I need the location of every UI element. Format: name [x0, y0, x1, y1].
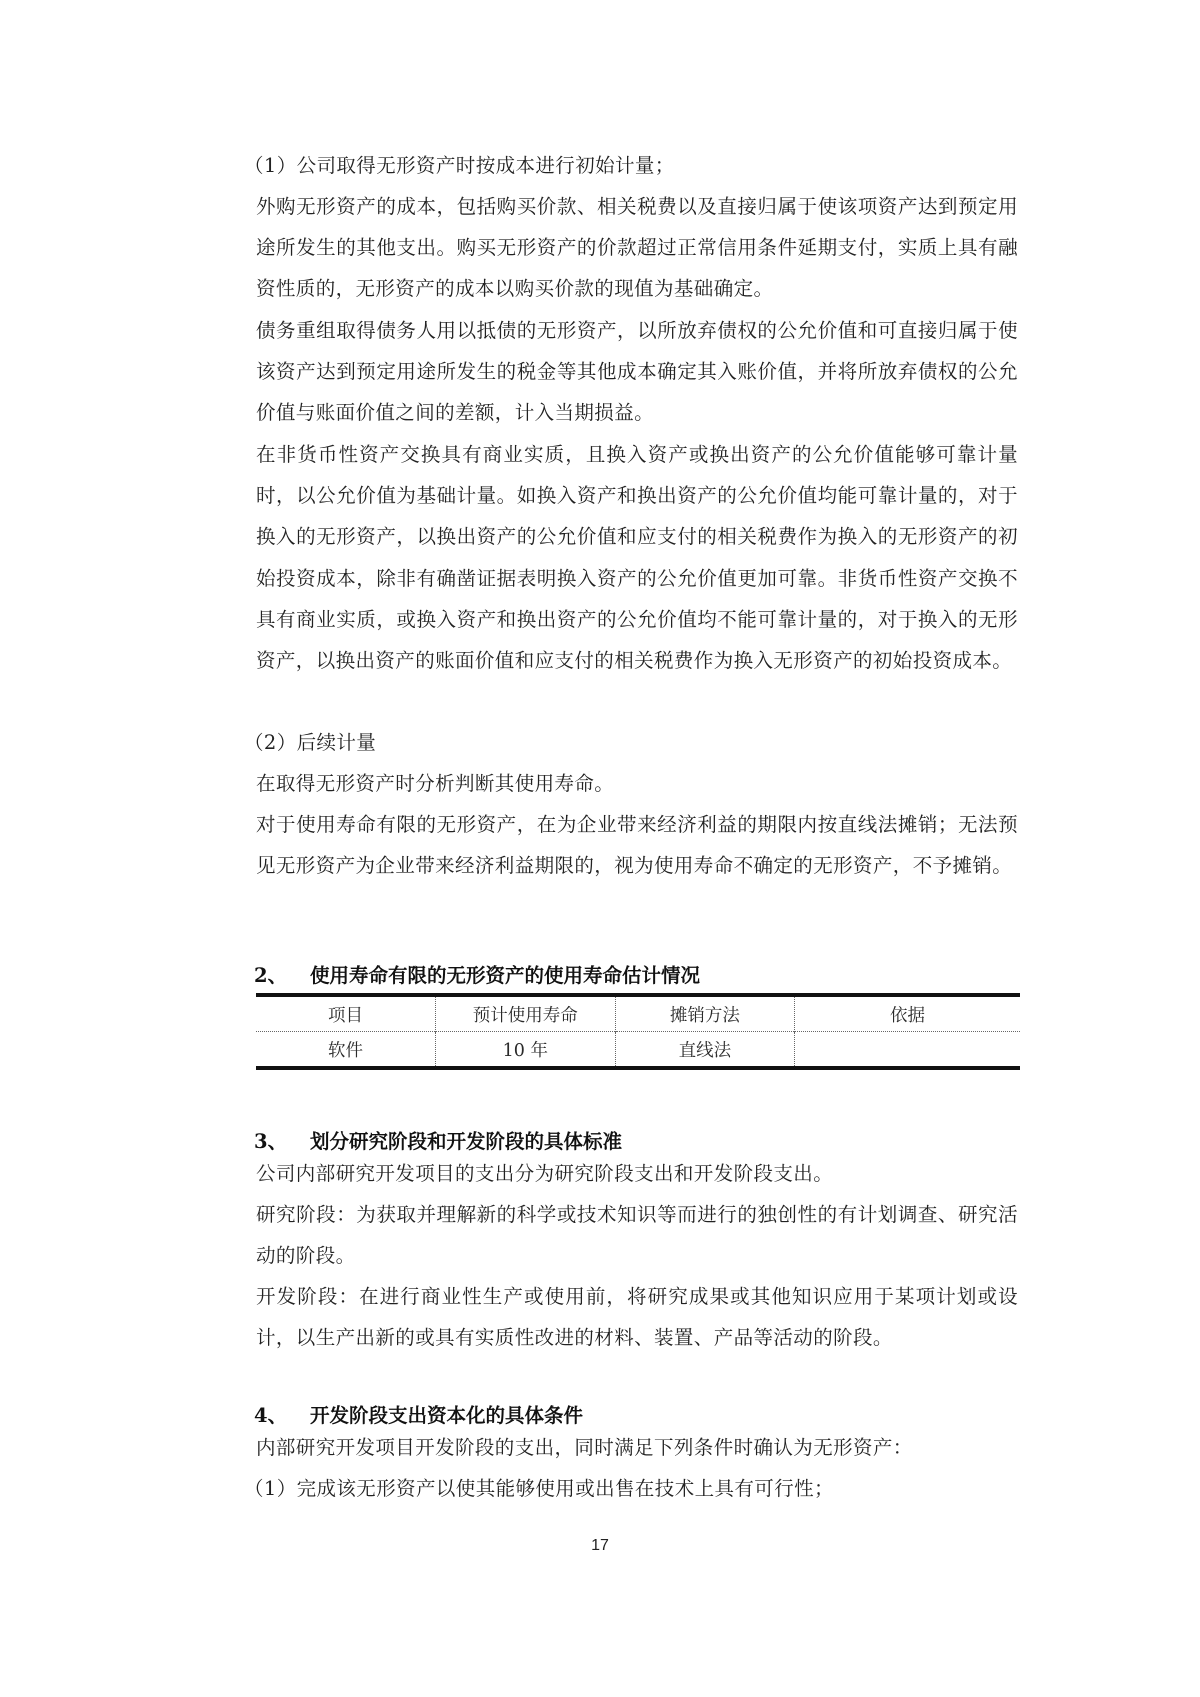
header-item: 项目 — [256, 995, 436, 1032]
subsequent-measurement-title: （2）后续计量 — [244, 722, 1006, 763]
header-estimated-life: 预计使用寿命 — [436, 995, 616, 1032]
document-page: （1）公司取得无形资产时按成本进行初始计量； 外购无形资产的成本，包括购买价款、… — [0, 0, 1200, 1697]
section-3-number: 3、 — [254, 1126, 310, 1154]
debt-restructuring-paragraph: 债务重组取得债务人用以抵债的无形资产，以所放弃债权的公允价值和可直接归属于使该资… — [256, 310, 1018, 434]
section-4-title: 开发阶段支出资本化的具体条件 — [310, 1404, 583, 1427]
section-4-number: 4、 — [254, 1400, 310, 1428]
initial-measurement-title: （1）公司取得无形资产时按成本进行初始计量； — [244, 145, 1006, 186]
section-2-heading: 2、使用寿命有限的无形资产的使用寿命估计情况 — [254, 960, 700, 988]
section-2-title: 使用寿命有限的无形资产的使用寿命估计情况 — [310, 964, 700, 987]
development-stage-paragraph: 开发阶段：在进行商业性生产或使用前，将研究成果或其他知识应用于某项计划或设计，以… — [256, 1276, 1018, 1358]
useful-life-analysis-paragraph: 在取得无形资产时分析判断其使用寿命。 — [256, 763, 1018, 804]
amortization-paragraph: 对于使用寿命有限的无形资产，在为企业带来经济利益的期限内按直线法摊销；无法预见无… — [256, 804, 1018, 886]
capitalization-condition-1: （1）完成该无形资产以使其能够使用或出售在技术上具有可行性； — [244, 1468, 1006, 1509]
section-4-heading: 4、开发阶段支出资本化的具体条件 — [254, 1400, 583, 1428]
nonmonetary-exchange-paragraph: 在非货币性资产交换具有商业实质，且换入资产或换出资产的公允价值能够可靠计量时，以… — [256, 434, 1018, 681]
header-amortization-method: 摊销方法 — [615, 995, 795, 1032]
section-3-title: 划分研究阶段和开发阶段的具体标准 — [310, 1130, 622, 1153]
purchased-asset-cost-paragraph: 外购无形资产的成本，包括购买价款、相关税费以及直接归属于使该项资产达到预定用途所… — [256, 186, 1018, 310]
section-2-number: 2、 — [254, 960, 310, 988]
cell-item: 软件 — [256, 1032, 436, 1069]
cell-amortization-method: 直线法 — [615, 1032, 795, 1069]
table-row: 软件 10 年 直线法 — [256, 1032, 1020, 1069]
cell-basis — [795, 1032, 1020, 1069]
page-number: 17 — [0, 1537, 1200, 1555]
research-stage-paragraph: 研究阶段：为获取并理解新的科学或技术知识等而进行的独创性的有计划调查、研究活动的… — [256, 1194, 1018, 1276]
rd-expenditure-paragraph: 公司内部研究开发项目的支出分为研究阶段支出和开发阶段支出。 — [256, 1153, 1018, 1194]
cell-estimated-life: 10 年 — [436, 1032, 616, 1069]
header-basis: 依据 — [795, 995, 1020, 1032]
useful-life-table: 项目 预计使用寿命 摊销方法 依据 软件 10 年 直线法 — [256, 993, 1020, 1070]
section-3-heading: 3、划分研究阶段和开发阶段的具体标准 — [254, 1126, 622, 1154]
capitalization-intro-paragraph: 内部研究开发项目开发阶段的支出，同时满足下列条件时确认为无形资产： — [256, 1427, 1018, 1468]
table-header-row: 项目 预计使用寿命 摊销方法 依据 — [256, 995, 1020, 1032]
